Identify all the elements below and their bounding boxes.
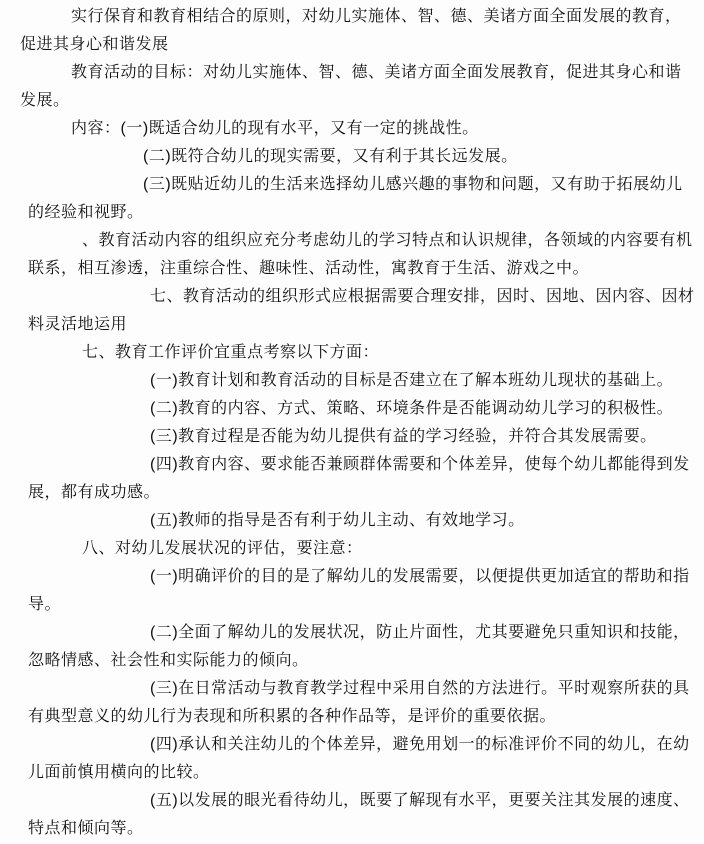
text-line: 儿面前慎用横向的比较。 xyxy=(0,759,704,787)
text-line: 内容：(一)既适合幼儿的现有水平，又有一定的挑战性。 xyxy=(0,115,704,143)
text-line: 实行保育和教育相结合的原则，对幼儿实施体、智、德、美诸方面全面发展的教育， xyxy=(0,3,704,31)
text-line: 忽略情感、社会性和实际能力的倾向。 xyxy=(0,647,704,675)
text-line: (五)教师的指导是否有利于幼儿主动、有效地学习。 xyxy=(0,507,704,535)
text-line: 促进其身心和谐发展 xyxy=(0,31,704,59)
text-line: (二)既符合幼儿的现实需要，又有利于其长远发展。 xyxy=(0,143,704,171)
text-line: (四)承认和关注幼儿的个体差异，避免用划一的标准评价不同的幼儿，在幼 xyxy=(0,731,704,759)
text-line: 特点和倾向等。 xyxy=(0,815,704,843)
text-line: (五)以发展的眼光看待幼儿，既要了解现有水平，更要关注其发展的速度、 xyxy=(0,787,704,815)
text-line: (二)教育的内容、方式、策略、环境条件是否能调动幼儿学习的积极性。 xyxy=(0,395,704,423)
text-line: (三)在日常活动与教育教学过程中采用自然的方法进行。平时观察所获的具 xyxy=(0,675,704,703)
document-page: 实行保育和教育相结合的原则，对幼儿实施体、智、德、美诸方面全面发展的教育， 促进… xyxy=(0,0,704,844)
text-line: 料灵活地运用 xyxy=(0,311,704,339)
text-line: 的经验和视野。 xyxy=(0,199,704,227)
text-line: 有典型意义的幼儿行为表现和所积累的各种作品等，是评价的重要依据。 xyxy=(0,703,704,731)
text-line: 教育活动的目标：对幼儿实施体、智、德、美诸方面全面发展教育，促进其身心和谐 xyxy=(0,59,704,87)
text-line: 联系，相互渗透，注重综合性、趣味性、活动性，寓教育于生活、游戏之中。 xyxy=(0,255,704,283)
text-line: (三)教育过程是否能为幼儿提供有益的学习经验，并符合其发展需要。 xyxy=(0,423,704,451)
text-line: (一)明确评价的目的是了解幼儿的发展需要，以便提供更加适宜的帮助和指 xyxy=(0,563,704,591)
text-line: 七、教育活动的组织形式应根据需要合理安排，因时、因地、因内容、因材 xyxy=(0,283,704,311)
text-line: 八、对幼儿发展状况的评估，要注意： xyxy=(0,535,704,563)
text-line: (四)教育内容、要求能否兼顾群体需要和个体差异，使每个幼儿都能得到发 xyxy=(0,451,704,479)
text-line: (三)既贴近幼儿的生活来选择幼儿感兴趣的事物和问题，又有助于拓展幼儿 xyxy=(0,171,704,199)
text-line: 导。 xyxy=(0,591,704,619)
text-line: (一)教育计划和教育活动的目标是否建立在了解本班幼儿现状的基础上。 xyxy=(0,367,704,395)
text-line: (二)全面了解幼儿的发展状况，防止片面性，尤其要避免只重知识和技能， xyxy=(0,619,704,647)
text-line: 展，都有成功感。 xyxy=(0,479,704,507)
text-line: 、教育活动内容的组织应充分考虑幼儿的学习特点和认识规律，各领域的内容要有机 xyxy=(0,227,704,255)
text-line: 七、教育工作评价宜重点考察以下方面： xyxy=(0,339,704,367)
text-line: 发展。 xyxy=(0,87,704,115)
